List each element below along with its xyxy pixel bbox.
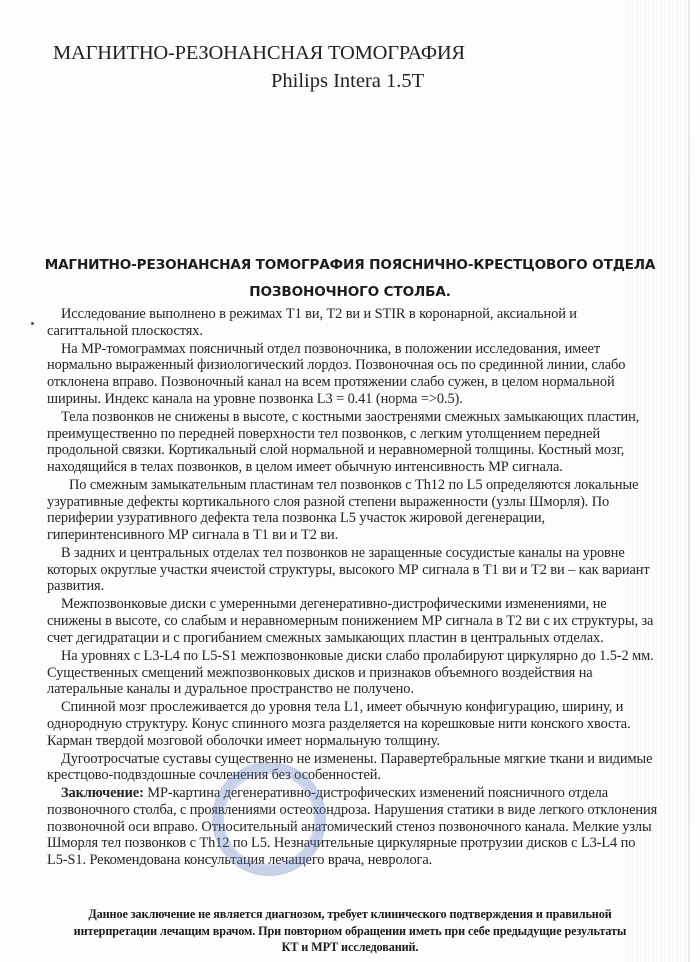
disclaimer: Данное заключение не является диагнозом,… (40, 906, 660, 956)
conclusion-label: Заключение: (61, 785, 144, 801)
paragraph-protrusions: На уровнях с L3-L4 по L5-S1 межпозвонков… (47, 648, 659, 698)
report-title: МАГНИТНО-РЕЗОНАНСНАЯ ТОМОГРАФИЯ ПОЯСНИЧН… (40, 252, 660, 306)
report-title-line-2: ПОЗВОНОЧНОГО СТОЛБА. (40, 279, 660, 306)
paragraph-facet-joints: Дугоотросчатые суставы существенно не из… (47, 751, 659, 784)
report-body: Исследование выполнено в режимах T1 ви, … (47, 306, 659, 870)
scan-edge-line (688, 0, 690, 962)
paragraph-schmorl-nodes: По смежным замыкательным пластинам тел п… (47, 477, 659, 544)
paragraph-overview: На МР-томограммах поясничный отдел позво… (47, 341, 659, 408)
disclaimer-line-1: Данное заключение не является диагнозом,… (40, 906, 660, 923)
paragraph-vertebral-bodies: Тела позвонков не снижены в высоте, с ко… (47, 409, 659, 476)
paragraph-spinal-cord: Спинной мозг прослеживается до уровня те… (47, 699, 659, 749)
disclaimer-line-2: интерпретации лечащим врачом. При повтор… (40, 923, 660, 940)
clinic-header-title: МАГНИТНО-РЕЗОНАНСНАЯ ТОМОГРАФИЯ (53, 42, 465, 65)
paragraph-conclusion: Заключение: МР-картина дегенеративно-дис… (47, 785, 659, 869)
scanned-page: МАГНИТНО-РЕЗОНАНСНАЯ ТОМОГРАФИЯ Philips … (0, 0, 700, 962)
equipment-name: Philips Intera 1.5T (271, 70, 424, 93)
paragraph-discs: Межпозвонковые диски с умеренными дегене… (47, 596, 659, 646)
paragraph-vascular-channels: В задних и центральных отделах тел позво… (47, 545, 659, 595)
report-title-line-1: МАГНИТНО-РЕЗОНАНСНАЯ ТОМОГРАФИЯ ПОЯСНИЧН… (40, 252, 660, 279)
disclaimer-line-3: КТ и МРТ исследований. (40, 939, 660, 956)
scan-speck (31, 322, 34, 325)
paragraph-technique: Исследование выполнено в режимах T1 ви, … (47, 306, 659, 339)
